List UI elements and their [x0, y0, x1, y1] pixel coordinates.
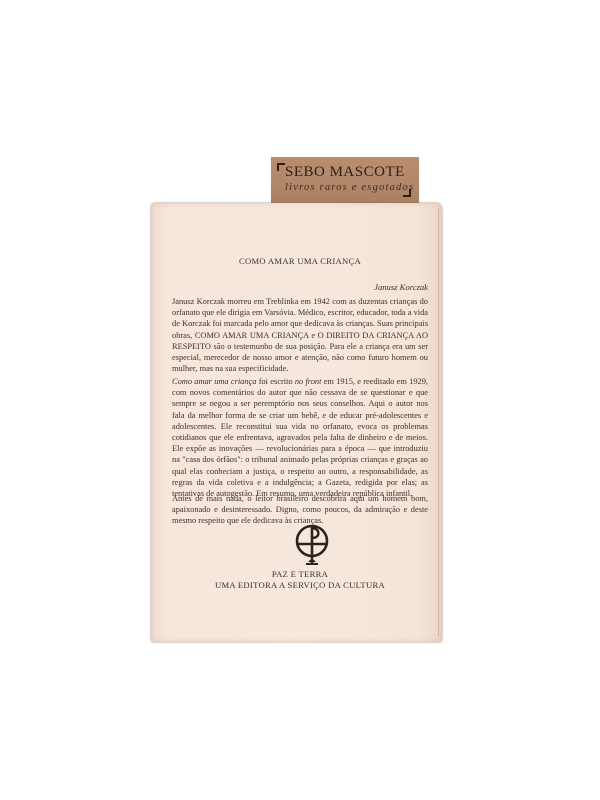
book-author: Janusz Korczak	[374, 282, 428, 293]
italic-book-title: Como amar uma criança	[172, 377, 256, 386]
corner-bracket-icon	[403, 189, 411, 197]
paz-e-terra-logo-icon	[293, 524, 331, 566]
bookmark-title: SEBO MASCOTE	[285, 164, 405, 181]
paragraph-description: Como amar uma criança foi escrito no fro…	[172, 376, 428, 499]
bookmark-subtitle: livros raros e esgotados	[285, 182, 414, 193]
book-back-cover: COMO AMAR UMA CRIANÇA Janusz Korczak Jan…	[151, 203, 442, 642]
paragraph-conclusion: Antes de mais nada, o leitor brasileiro …	[172, 493, 428, 527]
corner-bracket-icon	[277, 163, 285, 171]
publisher-tagline: UMA EDITORA A SERVIÇO DA CULTURA	[172, 580, 428, 591]
book-title: COMO AMAR UMA CRIANÇA	[172, 256, 428, 267]
paragraph-biography: Janusz Korczak morreu em Treblinka em 19…	[172, 296, 428, 374]
publisher-name: PAZ E TERRA	[172, 569, 428, 580]
bookmark-sebo-mascote: SEBO MASCOTE livros raros e esgotados	[271, 157, 419, 203]
